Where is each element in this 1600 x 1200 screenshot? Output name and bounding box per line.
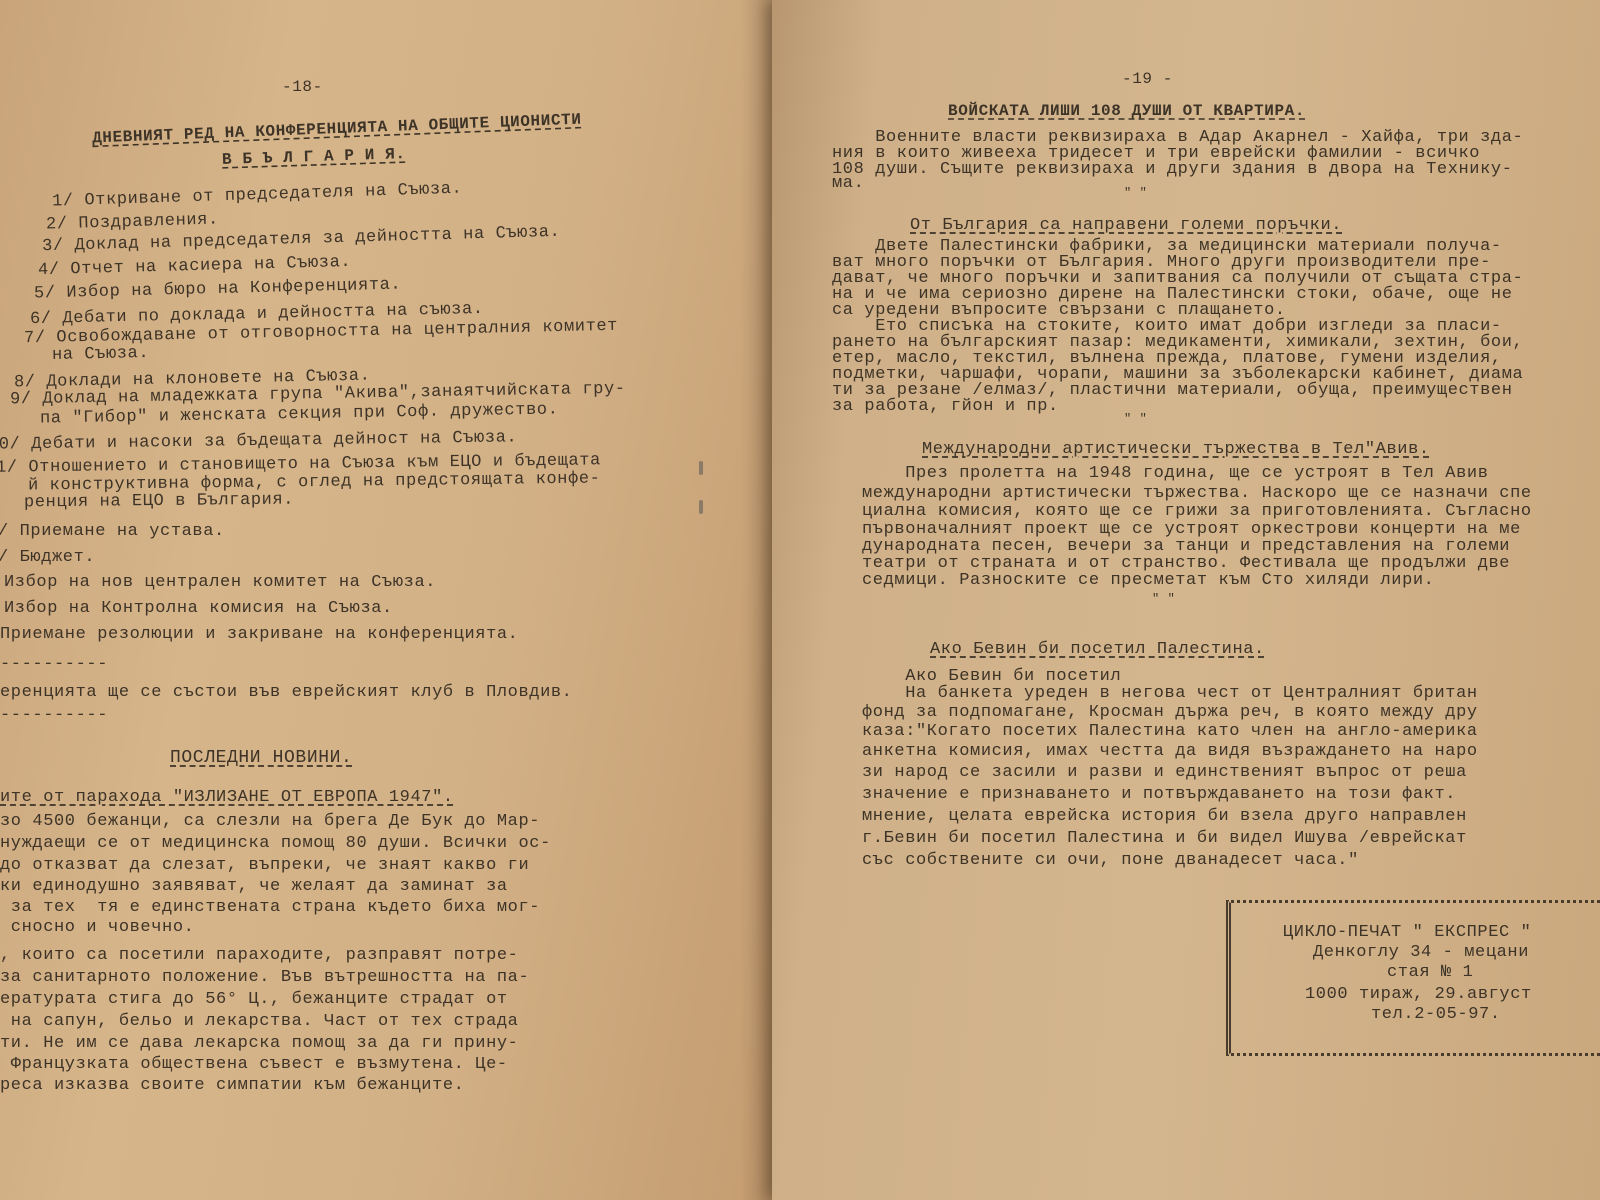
stamp-line: 1000 тираж, 29.август xyxy=(1305,985,1532,1004)
article-title: От България са направени големи поръчки. xyxy=(910,216,1342,235)
text-line: значение е признаването и потвърждаванет… xyxy=(862,785,1456,804)
agenda-item: Избор на Контролна комисия на Съюза. xyxy=(4,599,393,618)
text-line: за тех тя е единствената страна където б… xyxy=(0,898,540,917)
text-line: на сапун, бельо и лекарства. Част от тех… xyxy=(0,1012,518,1031)
article-title: Ако Бевин би посетил Палестина. xyxy=(930,640,1265,659)
agenda-title-line2: В Б Ъ Л Г А Р И Я. xyxy=(222,145,406,169)
text-line: На банкета уреден в негова чест от Центр… xyxy=(862,684,1478,703)
agenda-item: на Съюза. xyxy=(52,344,150,365)
text-line: каза:"Когато посетих Палестина като член… xyxy=(862,722,1478,741)
separator: " " xyxy=(1152,592,1175,606)
left-page: -18- ДНЕВНИЯТ РЕД НА КОНФЕРЕНЦИЯТА НА ОБ… xyxy=(0,0,780,1200)
agenda-item: ренция на ЕЦО в България. xyxy=(24,491,294,513)
text-line: мнение, целата еврейска история би взела… xyxy=(862,807,1467,826)
text-line: нуждаещи се от медицинска помощ 80 души.… xyxy=(0,834,551,853)
agenda-item: 1/ Откриване от председателя на Съюза. xyxy=(52,180,463,212)
news-subtitle: ите от парахода "ИЗЛИЗАНЕ ОТ ЕВРОПА 1947… xyxy=(0,788,454,807)
staple-mark xyxy=(699,461,703,475)
text-line: Французката обществена съвест е възмутен… xyxy=(0,1055,508,1074)
agenda-item: / Бюджет. xyxy=(0,548,95,567)
text-line: до отказват да слезат, въпреки, че знаят… xyxy=(0,856,529,875)
text-line: ти. Не им се дава лекарска помощ за да г… xyxy=(0,1034,518,1053)
text-line: През пролетта на 1948 година, ще се устр… xyxy=(862,464,1489,483)
text-line: циална комисия, която ще се грижи за при… xyxy=(862,502,1532,521)
text-line: за работа, гйон и пр. xyxy=(832,397,1059,416)
staple-mark xyxy=(699,500,703,514)
venue-note: еренцията ще се състои във еврейският кл… xyxy=(0,683,573,702)
text-line: г.Бевин би посетил Палестина и би видел … xyxy=(862,829,1467,848)
stamp-line: тел.2-05-97. xyxy=(1371,1005,1501,1024)
stamp-line: Денкоглу 34 - мецани xyxy=(1313,943,1529,962)
separator: " " xyxy=(1124,186,1147,200)
agenda-item: / Приемане на устава. xyxy=(0,522,225,541)
text-line: зи народ се засили и разви и единствения… xyxy=(862,763,1467,782)
agenda-item: 4/ Отчет на касиера на Съюза. xyxy=(38,253,352,280)
agenda-item: 5/ Избор на бюро на Конференцията. xyxy=(34,276,402,304)
text-line: фонд за подпомагане, Кросман държа реч, … xyxy=(862,703,1478,722)
divider: ---------- xyxy=(0,655,108,674)
printer-stamp: ЦИКЛО-ПЕЧАТ " ЕКСПРЕС " Денкоглу 34 - ме… xyxy=(1226,900,1600,1056)
article-title: Международни артистически тържества в Те… xyxy=(922,440,1430,459)
news-section-title: ПОСЛЕДНИ НОВИНИ. xyxy=(170,748,352,768)
agenda-title-line1: ДНЕВНИЯТ РЕД НА КОНФЕРЕНЦИЯТА НА ОБЩИТЕ … xyxy=(92,111,582,148)
stamp-line: ЦИКЛО-ПЕЧАТ " ЕКСПРЕС " xyxy=(1283,923,1531,942)
article-title: ВОЙСКАТА ЛИШИ 108 ДУШИ ОТ КВАРТИРА. xyxy=(948,102,1305,120)
text-line: сносно и човечно. xyxy=(0,918,194,937)
text-line: ки единодушно заявяват, че желаят да зам… xyxy=(0,877,508,896)
stamp-line: стая № 1 xyxy=(1387,963,1473,982)
page-number-18: -18- xyxy=(282,78,323,96)
text-line: седмици. Разноските се пресметат към Сто… xyxy=(862,571,1435,590)
text-line: анкетна комисия, имах честта да видя въз… xyxy=(862,742,1478,761)
agenda-item: Приемане резолюции и закриване на конфер… xyxy=(0,625,518,644)
text-line: зо 4500 бежанци, са слезли на брега Де Б… xyxy=(0,812,540,831)
text-line: за санитарното положение. Във вътрешност… xyxy=(0,968,529,987)
text-line: със собствените си очи, поне дванадесет … xyxy=(862,851,1359,870)
text-line: международни артистически тържества. Нас… xyxy=(862,484,1532,503)
agenda-item: 2/ Поздравления. xyxy=(46,210,219,234)
agenda-item: Избор на нов централен комитет на Съюза. xyxy=(4,573,436,592)
text-line: ературата стига до 56° Ц., бежанците стр… xyxy=(0,990,508,1009)
agenda-item: 10/ Дебати и насоки за бъдещата дейност … xyxy=(0,428,517,454)
text-line: 108 души. Същите реквизираха и други зда… xyxy=(832,160,1513,179)
text-line: реса изказва своите симпатии към бежанци… xyxy=(0,1076,464,1095)
text-line: ма. xyxy=(832,174,864,193)
page-number-19: -19 - xyxy=(1122,70,1173,88)
divider: ---------- xyxy=(0,706,108,725)
text-line: , които са посетили параходите, разправя… xyxy=(0,946,518,965)
separator: " " xyxy=(1124,412,1147,426)
